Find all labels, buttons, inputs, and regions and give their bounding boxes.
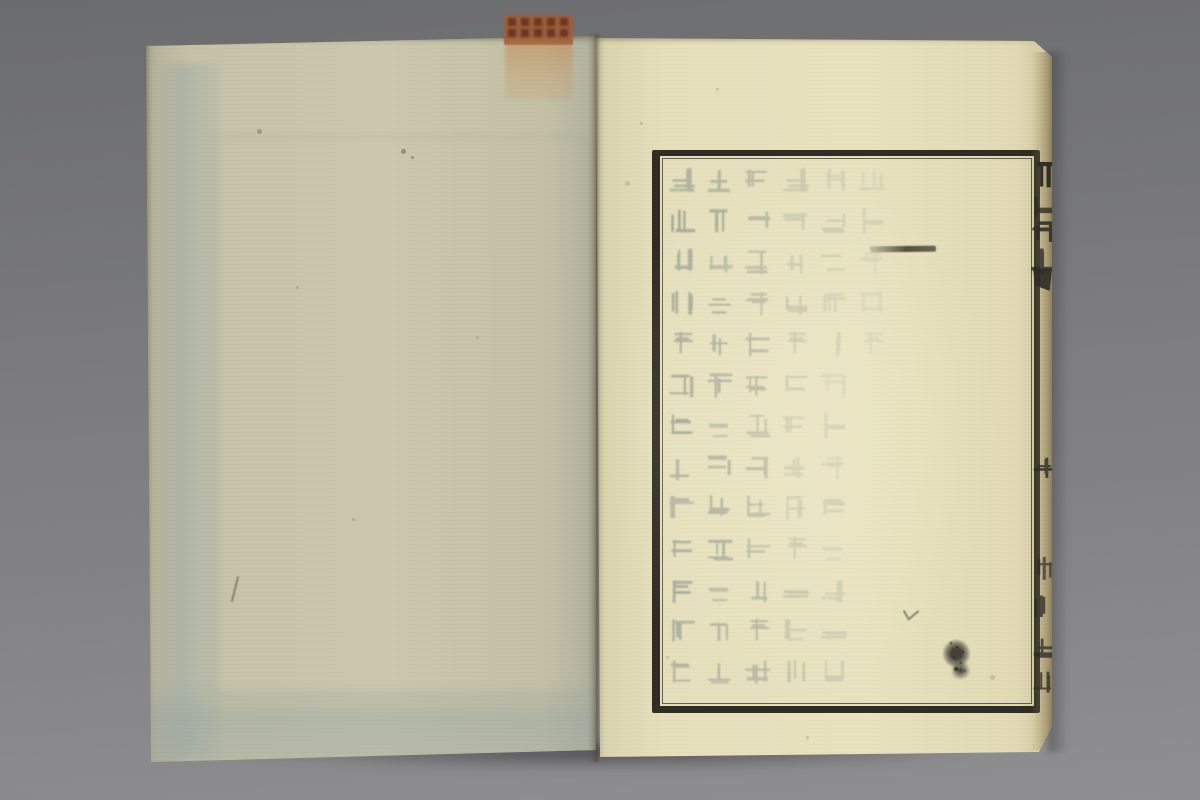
cjk-glyph — [706, 289, 734, 317]
paper-label-stamp — [504, 15, 573, 45]
cjk-glyph — [744, 207, 772, 235]
cjk-glyph — [858, 207, 886, 235]
cjk-glyph — [744, 494, 772, 522]
fore-edge-title-char — [1030, 218, 1052, 248]
cjk-glyph — [744, 166, 772, 194]
cjk-glyph — [858, 166, 886, 194]
cjk-glyph — [706, 207, 734, 235]
cjk-glyph — [668, 166, 696, 194]
cjk-glyph — [668, 658, 696, 686]
fore-edge-lower-char — [1032, 634, 1052, 660]
cjk-glyph — [706, 658, 734, 686]
cjk-glyph — [782, 289, 810, 317]
fore-edge-title-char — [1030, 247, 1052, 277]
cjk-glyph — [820, 330, 848, 358]
showthrough-column — [856, 166, 886, 371]
cjk-glyph — [744, 330, 772, 358]
cjk-glyph — [1032, 454, 1052, 480]
cjk-glyph — [706, 576, 734, 604]
cjk-glyph — [706, 617, 734, 645]
cjk-glyph — [706, 494, 734, 522]
cjk-glyph — [820, 289, 848, 317]
cjk-glyph — [820, 248, 848, 276]
cjk-glyph — [1032, 594, 1052, 620]
paper-label-stamp-wash — [505, 44, 573, 100]
cjk-glyph — [744, 576, 772, 604]
cjk-glyph — [1032, 634, 1052, 660]
cjk-glyph — [668, 289, 696, 317]
stamp-seal-marks — [508, 29, 569, 37]
fore-edge-lower-char — [1032, 454, 1052, 480]
showthrough-column — [704, 166, 734, 699]
cjk-glyph — [820, 658, 848, 686]
fore-edge-title-char — [1030, 160, 1052, 190]
cjk-glyph — [668, 617, 696, 645]
cjk-glyph — [820, 494, 848, 522]
cjk-glyph — [782, 412, 810, 440]
cjk-glyph — [820, 576, 848, 604]
cjk-glyph — [668, 207, 696, 235]
cjk-glyph — [706, 166, 734, 194]
cjk-glyph — [820, 535, 848, 563]
cjk-glyph — [706, 371, 734, 399]
cjk-glyph — [668, 412, 696, 440]
cjk-glyph — [820, 617, 848, 645]
cjk-glyph — [1030, 160, 1052, 190]
cjk-glyph — [820, 371, 848, 399]
cjk-glyph — [858, 330, 886, 358]
stamp-seal-marks — [508, 18, 569, 26]
showthrough-column — [742, 166, 772, 699]
photo-backdrop — [0, 0, 1200, 800]
cjk-glyph — [782, 453, 810, 481]
cjk-glyph — [820, 207, 848, 235]
showthrough-column — [780, 166, 810, 699]
cjk-glyph — [1032, 670, 1052, 696]
cjk-glyph — [744, 248, 772, 276]
cjk-glyph — [782, 371, 810, 399]
cjk-glyph — [1030, 189, 1052, 219]
cjk-glyph — [744, 658, 772, 686]
cjk-glyph — [706, 412, 734, 440]
fore-edge-lower-char — [1032, 594, 1052, 620]
showthrough-column — [818, 166, 848, 699]
cjk-glyph — [706, 453, 734, 481]
cjk-glyph — [1032, 556, 1052, 582]
cjk-glyph — [668, 330, 696, 358]
cjk-glyph — [782, 535, 810, 563]
book-gutter — [588, 34, 605, 762]
cjk-glyph — [668, 535, 696, 563]
cjk-glyph — [782, 207, 810, 235]
cjk-glyph — [820, 453, 848, 481]
cjk-glyph — [744, 453, 772, 481]
cjk-glyph — [668, 453, 696, 481]
cjk-glyph — [858, 248, 886, 276]
fore-edge-lower-char — [1032, 670, 1052, 696]
left-page — [146, 36, 596, 762]
right-page — [596, 36, 1052, 757]
showthrough-frame-outline — [212, 136, 588, 696]
cjk-glyph — [744, 289, 772, 317]
cjk-glyph — [782, 658, 810, 686]
cjk-glyph — [668, 371, 696, 399]
cjk-glyph — [820, 166, 848, 194]
cjk-glyph — [668, 248, 696, 276]
cjk-glyph — [706, 535, 734, 563]
cjk-glyph — [820, 412, 848, 440]
showthrough-streak — [158, 64, 220, 758]
cjk-glyph — [744, 617, 772, 645]
cjk-glyph — [782, 617, 810, 645]
cjk-glyph — [706, 248, 734, 276]
foxing-specks — [146, 36, 149, 39]
cjk-glyph — [706, 330, 734, 358]
cjk-glyph — [782, 576, 810, 604]
cjk-glyph — [1030, 247, 1052, 277]
cjk-glyph — [1030, 218, 1052, 248]
cjk-glyph — [744, 535, 772, 563]
cjk-glyph — [782, 248, 810, 276]
cjk-glyph — [668, 576, 696, 604]
showthrough-column — [666, 166, 696, 699]
cjk-glyph — [668, 494, 696, 522]
cjk-glyph — [858, 289, 886, 317]
cjk-glyph — [744, 371, 772, 399]
cjk-glyph — [782, 166, 810, 194]
cjk-glyph — [782, 330, 810, 358]
cjk-glyph — [744, 412, 772, 440]
ink-blot — [942, 636, 974, 680]
fore-edge-title-char — [1030, 189, 1052, 219]
cjk-glyph — [782, 494, 810, 522]
fore-edge-lower-char — [1032, 556, 1052, 582]
